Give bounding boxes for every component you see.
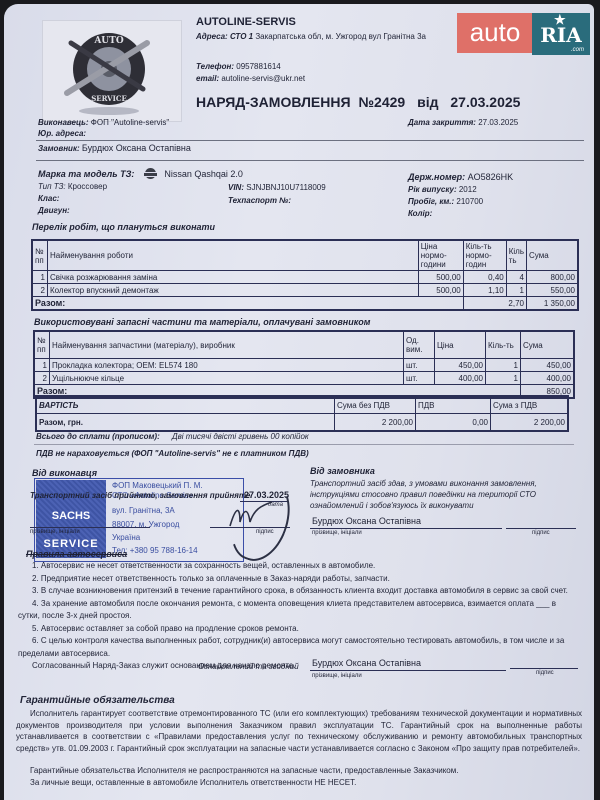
cell: 2 xyxy=(35,372,50,385)
sachs-text: SACHS xyxy=(36,510,106,522)
vin-label: VIN: xyxy=(228,183,244,192)
table-row: 2 Ущільнююче кільце шт. 400,00 1 400,00 xyxy=(35,372,574,385)
company-name: AUTOLINE-SERVIS xyxy=(196,16,296,28)
total-sum: 1 350,00 xyxy=(527,297,578,310)
legal-address-label: Юр. адреса: xyxy=(38,129,86,138)
cost-row-label: Разом, грн. xyxy=(37,414,335,431)
rule-item: 6. С целью контроля качества выполненных… xyxy=(18,635,580,660)
customer-signature-caption: підпис xyxy=(532,530,550,536)
cell: 500,00 xyxy=(418,271,463,284)
name-line xyxy=(310,528,502,529)
cell: 1 xyxy=(35,359,50,372)
address-label: Адреса: СТО 1 xyxy=(196,32,253,41)
col-hours: Кіль-ть нормо-годин xyxy=(463,241,506,271)
star-icon: ★ xyxy=(554,14,566,27)
customer-label: Замовник: xyxy=(38,144,80,153)
cell: 1 xyxy=(33,271,48,284)
col-unit: Од. вим. xyxy=(404,332,435,359)
customer-name: Бурдюх Оксана Остапівна xyxy=(312,516,421,526)
plate-label: Держ.номер: xyxy=(408,172,465,182)
rule-item: 4. За хранение автомобиля после окончани… xyxy=(18,598,580,623)
cost-header-row: ВАРТІСТЬ Сума без ПДВ ПДВ Сума з ПДВ xyxy=(37,397,568,414)
rule-item: 5. Автосервис оставляет за собой право н… xyxy=(18,623,580,636)
name-line xyxy=(310,670,506,671)
class-label: Клас: xyxy=(38,194,59,203)
col-num: № пп xyxy=(33,241,48,271)
cell: 1 xyxy=(506,284,526,297)
col-vat: ПДВ xyxy=(416,397,491,414)
order-date: 27.03.2025 xyxy=(450,94,520,110)
signature-scribble-icon xyxy=(226,500,276,530)
vat-note: ПДВ не нараховується (ФОП "Autoline-serv… xyxy=(36,449,309,458)
sum-with-vat: 2 200,00 xyxy=(491,414,568,431)
table-row: 2 Колектор впускний демонтаж 500,00 1,10… xyxy=(33,284,578,297)
from-customer-title: Від замовника xyxy=(310,466,375,476)
cell: 800,00 xyxy=(527,271,578,284)
stamp-line: вул. Гранітна, 3А xyxy=(112,506,175,515)
rules-title: Правила автосервиса xyxy=(26,549,127,559)
ack-name-caption: прізвище, ініціали xyxy=(312,673,362,679)
color-label: Колір: xyxy=(408,209,432,218)
make-label: Марка та модель ТЗ: xyxy=(38,169,134,179)
autoria-watermark-auto: auto xyxy=(457,13,533,53)
rules-list: 1. Автосервис не несет ответственности з… xyxy=(18,560,580,673)
acknowledged-label: Ознайомлений та згодний xyxy=(198,662,299,671)
works-header-row: № пп Найменування роботи Ціна нормо-годи… xyxy=(33,241,578,271)
order-title: НАРЯД-ЗАМОВЛЕННЯ №2429 від 27.03.2025 xyxy=(196,94,520,110)
from-executor-title: Від виконавця xyxy=(32,468,97,478)
works-total-row: Разом: 2,70 1 350,00 xyxy=(33,297,578,310)
closed-value: 27.03.2025 xyxy=(478,118,518,127)
signature-line xyxy=(510,668,578,669)
vehicle-vin: VIN: SJNJBNJ10U7118009 xyxy=(228,183,326,192)
autoria-watermark-ria: ★ RIA .com xyxy=(532,13,590,55)
svg-text:AUTO: AUTO xyxy=(93,36,124,46)
warranty-line-3: За личные вещи, оставленные в автомобиле… xyxy=(30,778,356,787)
col-price: Ціна xyxy=(435,332,486,359)
executor-label: Виконавець: xyxy=(38,118,89,127)
parts-title: Використовувані запасні частини та матер… xyxy=(34,317,370,327)
divider xyxy=(36,140,584,141)
rule-item: 3. В случае возникновения притензий в те… xyxy=(18,585,580,598)
col-sum: Сума xyxy=(527,241,578,271)
cell: 4 xyxy=(506,271,526,284)
vehicle-plate: Держ.номер: AO5826HK xyxy=(408,172,513,182)
divider xyxy=(36,160,584,161)
order-title-text: НАРЯД-ЗАМОВЛЕННЯ xyxy=(196,94,351,110)
make-value: Nissan Qashqai 2.0 xyxy=(164,169,243,179)
autoservice-logo: AUTO SERVICE xyxy=(42,20,182,122)
warranty-title: Гарантийные обязательства xyxy=(20,695,175,706)
mileage-value: 210700 xyxy=(456,197,483,206)
parts-table: № пп Найменування запчастини (матеріалу)… xyxy=(34,331,574,398)
cell: 450,00 xyxy=(435,359,486,372)
customer-value: Бурдюх Оксана Остапівна xyxy=(82,143,191,153)
col-name: Найменування запчастини (матеріалу), вир… xyxy=(50,332,404,359)
cell: 2 xyxy=(33,284,48,297)
customer: Замовник: Бурдюх Оксана Остапівна xyxy=(38,143,191,153)
cell: Свічка розжарювання заміна xyxy=(48,271,419,284)
year-label: Рік випуску: xyxy=(408,185,457,194)
parts-header-row: № пп Найменування запчастини (матеріалу)… xyxy=(35,332,574,359)
vehicle-mileage: Пробіг, км.: 210700 xyxy=(408,197,483,206)
signature-line xyxy=(506,528,576,529)
total-hours: 2,70 xyxy=(463,297,526,310)
rule-item: 2. Предприятие несет ответственность тол… xyxy=(18,573,580,586)
col-qty: Кіль ть xyxy=(506,241,526,271)
warranty-line-2: Гарантийные обязательства Исполнителя не… xyxy=(30,766,458,775)
cell: 450,00 xyxy=(521,359,574,372)
vehicle-accepted-text: Транспортний засіб прийнято, замовлення … xyxy=(30,491,250,500)
col-sum-vat: Сума з ПДВ xyxy=(491,397,568,414)
vehicle-year: Рік випуску: 2012 xyxy=(408,185,477,194)
warranty-paragraph: Исполнитель гарантирует соответствие отр… xyxy=(16,708,582,754)
works-table: № пп Найменування роботи Ціна нормо-годи… xyxy=(32,240,578,310)
cell: 400,00 xyxy=(435,372,486,385)
name-line xyxy=(30,527,150,528)
in-words-value: Дві тисячі двісті гривень 00 копійок xyxy=(172,432,309,441)
stamp-line: Україна xyxy=(112,533,140,542)
vehicle-make: Марка та модель ТЗ: Nissan Qashqai 2.0 xyxy=(38,168,243,179)
wrench-screwdriver-tire-icon: AUTO SERVICE xyxy=(43,21,181,121)
sum-no-vat: 2 200,00 xyxy=(335,414,416,431)
phone-value: 0957881614 xyxy=(236,62,281,71)
passport-label: Техпаспорт №: xyxy=(228,196,291,205)
cell: 550,00 xyxy=(527,284,578,297)
order-number: №2429 xyxy=(358,94,405,110)
vehicle-type: Тип ТЗ: Кроссовер xyxy=(38,182,107,191)
executor: Виконавець: ФОП "Autoline-servis" xyxy=(38,118,169,127)
engine-label: Двигун: xyxy=(38,206,70,215)
company-address: Адреса: СТО 1 Закарпатська обл, м. Ужгор… xyxy=(196,31,426,42)
closed-date: Дата закриття: 27.03.2025 xyxy=(408,118,518,127)
email-value: autoline-servis@ukr.net xyxy=(221,74,305,83)
ria-suffix: .com xyxy=(571,46,584,54)
col-name: Найменування роботи xyxy=(48,241,419,271)
type-value: Кроссовер xyxy=(68,182,107,191)
phone-label: Телефон: xyxy=(196,62,234,71)
nissan-logo-icon xyxy=(145,168,156,179)
cell: шт. xyxy=(404,372,435,385)
cell: Прокладка колектора; OEM: EL574 180 xyxy=(50,359,404,372)
executor-name-caption: прізвище, ініціали xyxy=(30,529,80,535)
executor-value: ФОП "Autoline-servis" xyxy=(91,118,169,127)
col-sum-no-vat: Сума без ПДВ xyxy=(335,397,416,414)
works-title: Перелік робіт, що плануться виконати xyxy=(32,222,215,232)
table-row: 1 Прокладка колектора; OEM: EL574 180 шт… xyxy=(35,359,574,372)
cost-table: ВАРТІСТЬ Сума без ПДВ ПДВ Сума з ПДВ Раз… xyxy=(36,396,568,431)
cell: 1,10 xyxy=(463,284,506,297)
cell: 1 xyxy=(486,372,521,385)
svg-text:SERVICE: SERVICE xyxy=(91,94,127,103)
closed-label: Дата закриття: xyxy=(408,118,476,127)
plate-value: AO5826HK xyxy=(468,172,514,182)
cell: 1 xyxy=(486,359,521,372)
divider xyxy=(34,444,574,445)
total-label: Разом: xyxy=(33,297,464,310)
company-email: email: autoline-servis@ukr.net xyxy=(196,74,305,83)
customer-name-caption: прізвище, ініціали xyxy=(312,530,362,536)
cell: 400,00 xyxy=(521,372,574,385)
type-label: Тип ТЗ: xyxy=(38,182,66,191)
address-value: Закарпатська обл, м. Ужгород вул Гранітн… xyxy=(255,32,426,41)
table-row: 1 Свічка розжарювання заміна 500,00 0,40… xyxy=(33,271,578,284)
year-value: 2012 xyxy=(459,185,477,194)
order-from: від xyxy=(417,94,438,110)
email-label: email: xyxy=(196,74,219,83)
cell: 500,00 xyxy=(418,284,463,297)
stamp-line: ФОП Маковецький П. М. xyxy=(112,481,203,490)
vin-value: SJNJBNJ10U7118009 xyxy=(246,183,325,192)
amount-in-words: Всього до сплати (прописом): Дві тисячі … xyxy=(36,432,309,441)
mileage-label: Пробіг, км.: xyxy=(408,197,454,206)
col-num: № пп xyxy=(35,332,50,359)
acknowledged-name: Бурдюх Оксана Остапівна xyxy=(312,658,421,668)
cost-title: ВАРТІСТЬ xyxy=(37,397,335,414)
col-qty: Кіль-ть xyxy=(486,332,521,359)
cell: Ущільнююче кільце xyxy=(50,372,404,385)
cell: шт. xyxy=(404,359,435,372)
company-phone: Телефон: 0957881614 xyxy=(196,62,281,71)
cell: 0,40 xyxy=(463,271,506,284)
in-words-label: Всього до сплати (прописом): xyxy=(36,432,160,441)
cost-row: Разом, грн. 2 200,00 0,00 2 200,00 xyxy=(37,414,568,431)
cell: Колектор впускний демонтаж xyxy=(48,284,419,297)
rule-item: 1. Автосервис не несет ответственности з… xyxy=(18,560,580,573)
col-price: Ціна нормо-години xyxy=(418,241,463,271)
vat-value: 0,00 xyxy=(416,414,491,431)
ack-signature-caption: підпис xyxy=(536,670,554,676)
customer-statement: Транспортний засіб здав, з умовами викон… xyxy=(310,478,560,511)
col-sum: Сума xyxy=(521,332,574,359)
